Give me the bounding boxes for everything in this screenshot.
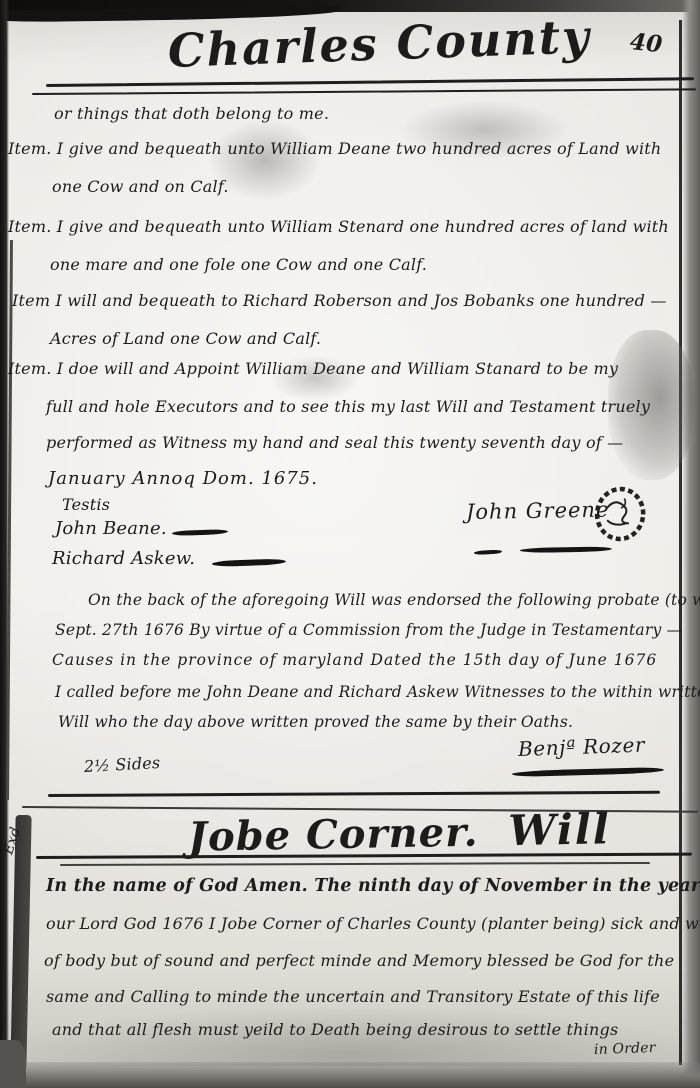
- will2-continuation: in Order: [594, 1040, 656, 1058]
- scan-edge-left-line: [6, 240, 13, 800]
- will1-item1-line1: Item. I give and bequeath unto William D…: [8, 139, 661, 158]
- will1-item4-line3: performed as Witness my hand and seal th…: [46, 433, 623, 452]
- will2-heading-rule-2: [60, 862, 650, 866]
- will2-line2: our Lord God 1676 I Jobe Corner of Charl…: [46, 914, 700, 933]
- will1-item4-line4: January Annoq Dom. 1675.: [48, 468, 318, 489]
- will1-item2-line2: one mare and one fole one Cow and one Ca…: [50, 255, 427, 274]
- probate-signature-benja-rozer: Benjª Rozer: [518, 733, 646, 761]
- footer-note-sides: 2½ Sides: [84, 753, 161, 776]
- ink-dash-askew: [212, 558, 286, 567]
- testis-label: Testis: [62, 495, 110, 514]
- will1-item3-line1: Item I will and bequeath to Richard Robe…: [12, 291, 667, 310]
- will2-line5: and that all flesh must yeild to Death b…: [52, 1020, 618, 1039]
- ink-dash-greene-1: [474, 550, 502, 555]
- will2-title-name: Jobe Corner.: [188, 809, 479, 861]
- scan-corner-bottom-left: [0, 1040, 26, 1088]
- scan-edge-right-line: [679, 20, 682, 1065]
- county-header-title: Charles County: [167, 9, 592, 78]
- scanned-document-page: Charles County 40 or things that doth be…: [0, 0, 700, 1088]
- will1-item4-line1: Item. I doe will and Appoint William Dea…: [8, 359, 618, 378]
- will2-title: Jobe Corner. Will: [188, 804, 611, 860]
- ink-dash-greene-2: [520, 546, 612, 553]
- header-rule-2: [32, 88, 696, 95]
- will1-item1-line2: one Cow and on Calf.: [52, 177, 229, 196]
- probate-line1: On the back of the aforegoing Will was e…: [88, 591, 700, 609]
- probate-line3: Causes in the province of maryland Dated…: [52, 651, 657, 669]
- will1-item3-line2: Acres of Land one Cow and Calf.: [50, 329, 321, 348]
- testator-signature-john-greene: John Greene: [466, 497, 610, 523]
- will2-line3: of body but of sound and perfect minde a…: [44, 951, 674, 970]
- will1-item4-line2: full and hole Executors and to see this …: [46, 397, 650, 416]
- scan-edge-bottom: [0, 1062, 700, 1088]
- will2-line4: same and Calling to minde the uncertain …: [46, 987, 660, 1006]
- will2-title-word: Will: [508, 804, 611, 855]
- wax-seal-icon: [588, 480, 652, 549]
- ink-swash-rozer: [512, 767, 664, 777]
- probate-line2: Sept. 27th 1676 By virtue of a Commissio…: [55, 621, 682, 639]
- ink-dash-beane: [172, 529, 228, 536]
- probate-line4: I called before me John Deane and Richar…: [55, 683, 700, 701]
- probate-line5: Will who the day above written proved th…: [58, 713, 573, 731]
- witness-john-beane: John Beane.: [55, 518, 167, 539]
- will1-opening-line: or things that doth belong to me.: [54, 104, 329, 123]
- witness-richard-askew: Richard Askew.: [52, 548, 195, 569]
- will2-line1: In the name of God Amen. The ninth day o…: [46, 876, 700, 896]
- header-rule-1: [46, 77, 694, 87]
- scan-edge-top: [0, 0, 700, 12]
- page-number: 40: [629, 28, 664, 58]
- section-rule: [48, 791, 660, 797]
- will1-item2-line1: Item. I give and bequeath unto William S…: [8, 217, 669, 236]
- margin-note-exd: Exd: [0, 825, 24, 856]
- scan-edge-left: [0, 0, 9, 1088]
